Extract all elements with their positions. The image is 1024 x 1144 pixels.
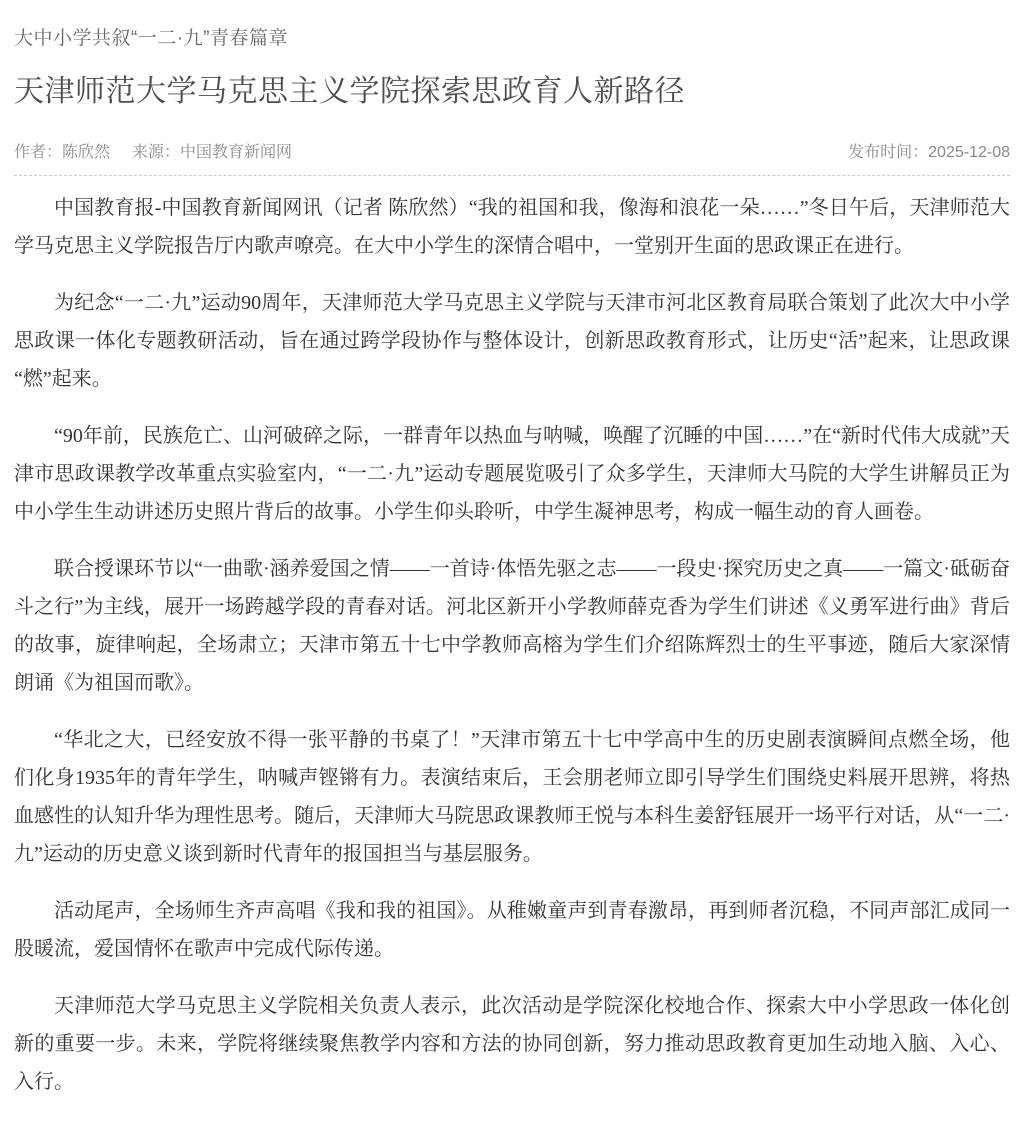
author-label: 作者： bbox=[14, 144, 62, 161]
meta-author-source: 作者：陈欣然来源：中国教育新闻网 bbox=[14, 139, 292, 162]
article-title: 天津师范大学马克思主义学院探索思政育人新路径 bbox=[14, 75, 1010, 110]
publish-date: 2025-12-08 bbox=[928, 144, 1010, 161]
article-meta-row: 作者：陈欣然来源：中国教育新闻网 发布时间：2025-12-08 bbox=[14, 139, 1010, 162]
article-paragraph: 活动尾声，全场师生齐声高唱《我和我的祖国》。从稚嫩童声到青春激昂，再到师者沉稳，… bbox=[14, 892, 1010, 968]
article-paragraph: 为纪念“一二·九”运动90周年，天津师范大学马克思主义学院与天津市河北区教育局联… bbox=[14, 284, 1010, 398]
article-paragraph: 天津师范大学马克思主义学院相关负责人表示，此次活动是学院深化校地合作、探索大中小… bbox=[14, 987, 1010, 1101]
article-kicker: 大中小学共叙“一二·九”青春篇章 bbox=[14, 29, 1010, 50]
publish-time-label: 发布时间： bbox=[848, 144, 928, 161]
article-paragraph: “90年前，民族危亡、山河破碎之际，一群青年以热血与呐喊，唤醒了沉睡的中国……”… bbox=[14, 417, 1010, 531]
author-name: 陈欣然 bbox=[62, 144, 110, 161]
source-label: 来源： bbox=[132, 144, 180, 161]
article-paragraph: “华北之大，已经安放不得一张平静的书桌了！”天津市第五十七中学高中生的历史剧表演… bbox=[14, 721, 1010, 873]
article-paragraph: 中国教育报-中国教育新闻网讯（记者 陈欣然）“我的祖国和我，像海和浪花一朵……”… bbox=[14, 189, 1010, 265]
meta-publish-time: 发布时间：2025-12-08 bbox=[848, 139, 1010, 162]
article-page: 大中小学共叙“一二·九”青春篇章 天津师范大学马克思主义学院探索思政育人新路径 … bbox=[0, 0, 1024, 1113]
article-body: 中国教育报-中国教育新闻网讯（记者 陈欣然）“我的祖国和我，像海和浪花一朵……”… bbox=[14, 176, 1010, 1101]
source-name: 中国教育新闻网 bbox=[180, 144, 292, 161]
article-paragraph: 联合授课环节以“一曲歌·涵养爱国之情——一首诗·体悟先驱之志——一段史·探究历史… bbox=[14, 550, 1010, 702]
